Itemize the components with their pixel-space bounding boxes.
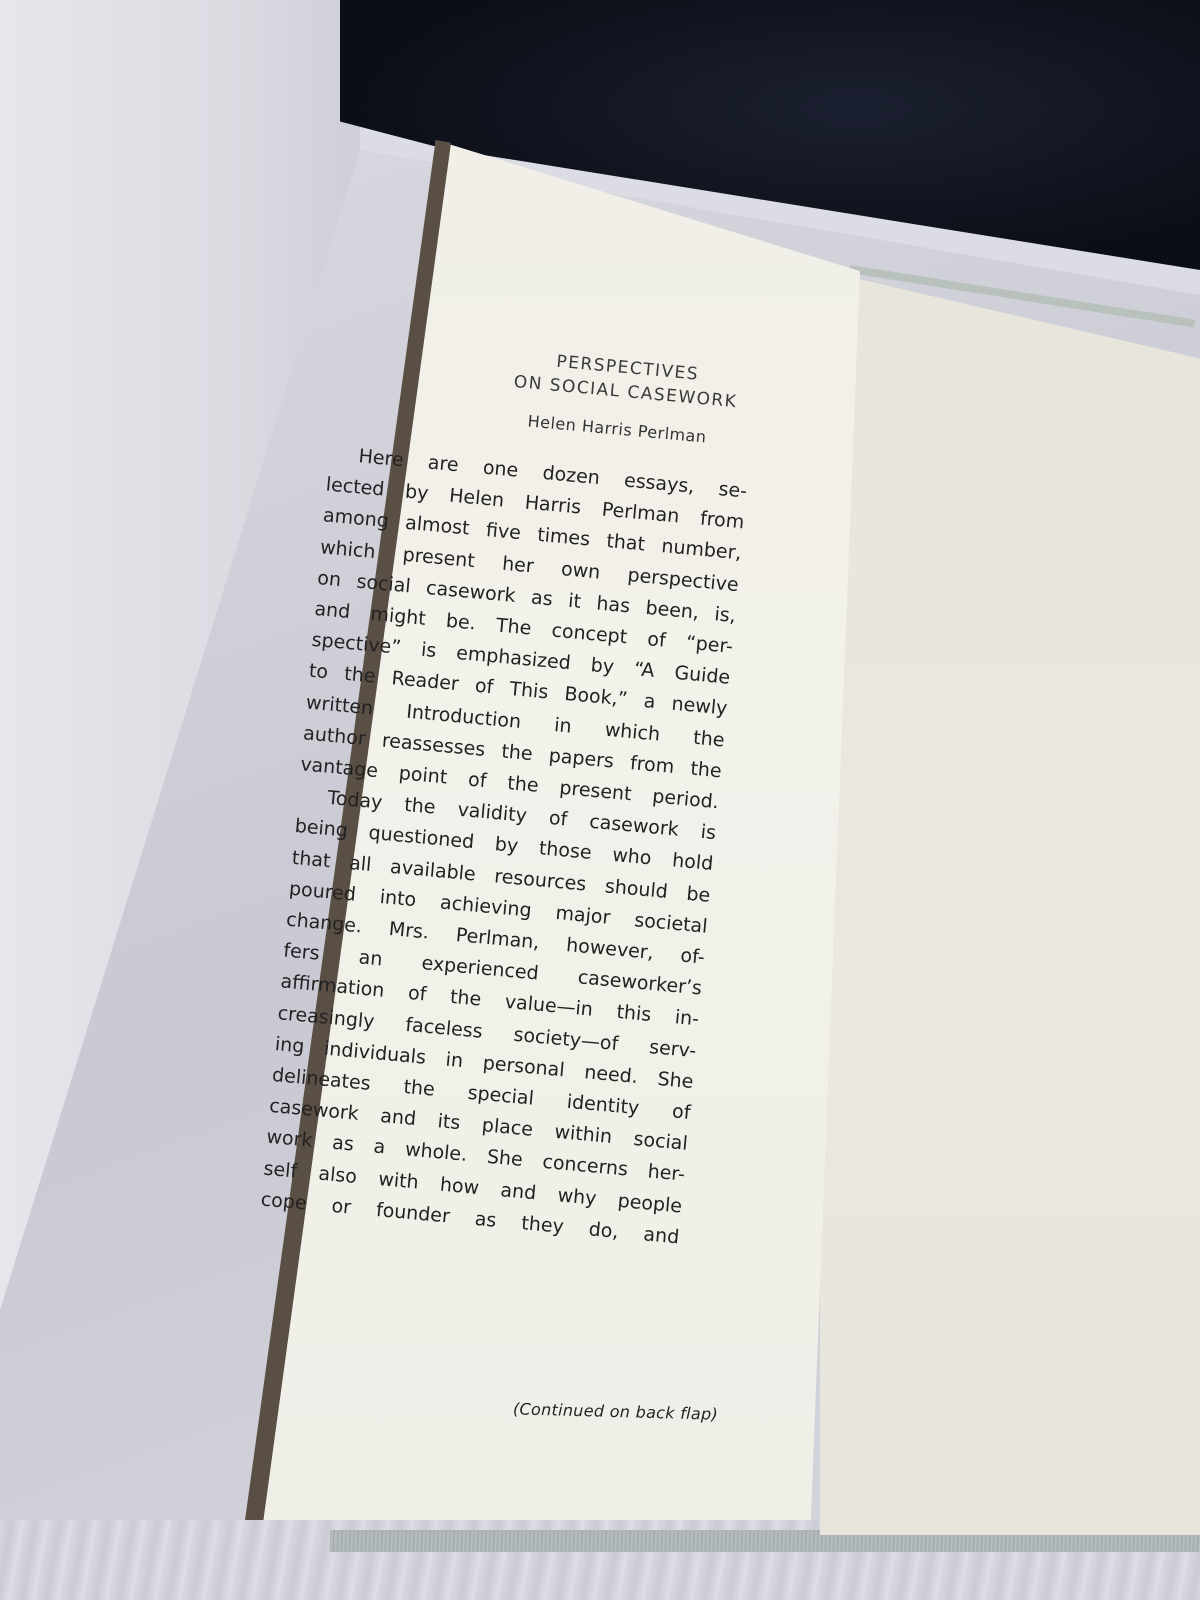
- book-author: Helen Harris Perlman: [497, 409, 738, 450]
- book-endpaper: [820, 270, 1200, 1535]
- flap-text-block: PERSPECTIVES ON SOCIAL CASEWORK Helen Ha…: [259, 330, 758, 1253]
- book: PERSPECTIVES ON SOCIAL CASEWORK Helen Ha…: [0, 0, 1200, 1600]
- flap-description: Here are one dozen essays, se- lected by…: [259, 439, 748, 1254]
